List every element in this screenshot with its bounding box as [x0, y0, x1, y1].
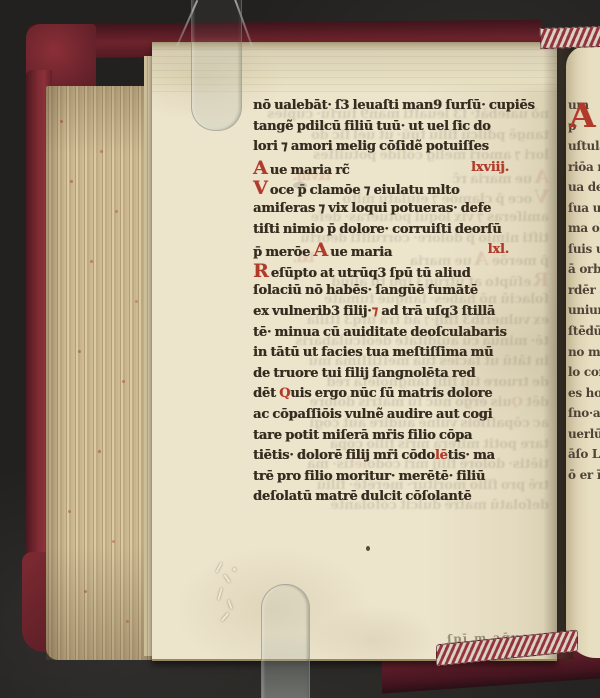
manuscript-line: tangẽ pdilcū filiū tuū· ut uel ſic do [253, 117, 549, 138]
rubric-segment: lē [435, 448, 448, 463]
text-segment: p̄ merōe [253, 245, 313, 260]
manuscript-line: Reſūpto at utrūq3 ſpū tū aliud [253, 261, 549, 282]
manuscript-line: ac cōpaſſiōis vulnẽ audire aut cogi [253, 405, 549, 426]
manuscript-line: p̄ merōe Aue marialxl. [253, 240, 549, 261]
text-segment: tē· minua cū auiditate deoſculabaris [253, 325, 507, 340]
facing-page-line-fragment: āſo L [568, 444, 600, 465]
text-segment: ad trā uſq3 ſtillā [378, 304, 495, 319]
text-segment: trē pro filio moritur· merētē· filiū [253, 469, 485, 484]
text-segment: amiſeras ⁊ vix loqui potueras· defe [253, 201, 491, 216]
text-segment: tare potit miſerā mr̄is filio cōpa [253, 428, 472, 443]
page-stack-fore-edge [46, 86, 156, 660]
text-block: nō ualebāt· ſ3 leuaſti man9 ſurſū· cupiē… [253, 96, 549, 512]
manuscript-line: tiētis· dolorē filij mr̄i cōdolētis· ma [253, 446, 549, 467]
facing-page-line-fragment: ſno·a [568, 403, 600, 424]
facing-page-text-fragments: umpuſtulariōa mua deſſua uema obſuis uiſ… [568, 95, 600, 485]
manuscript-line: de truore tui filij ſangnolēta red [253, 364, 549, 385]
facing-page-line-fragment: uniur [568, 300, 600, 321]
facing-page-line-fragment: rdēr ap [568, 280, 600, 301]
text-segment: ue maria [330, 245, 392, 260]
text-segment: tangẽ pdilcū filiū tuū· ut uel ſic do [253, 119, 491, 134]
facing-page-line-fragment: es hom [568, 383, 600, 404]
facing-page-line-fragment: riōa m [568, 157, 600, 178]
manuscript-line: dēt Quis ergo nūc ſū matris dolore [253, 384, 549, 405]
facing-page-line-fragment: lo corp [568, 362, 600, 383]
manuscript-line: in tātū ut facies tua meſtiſſima mū [253, 343, 549, 364]
ink-speck [366, 546, 370, 551]
manuscript-line: tiſti nimio p̄ dolore· corruiſti deorſū [253, 220, 549, 241]
rubric-initial: A [253, 157, 268, 179]
manuscript-photo: nō ualebāt· ſ3 leuaſti man9 ſurſū· cupiē… [0, 0, 600, 698]
facing-page-line-fragment: ma ob [568, 218, 600, 239]
rubric-initial: A [313, 239, 328, 261]
text-segment: ac cōpaſſiōis vulnẽ audire aut cogi [253, 407, 492, 422]
facing-page-line-fragment: ſtēdū ſe [568, 321, 600, 342]
text-segment: ex vulnerib3 filij· [253, 304, 372, 319]
rubric-initial: V [253, 177, 268, 199]
endband-top [540, 26, 600, 49]
conservation-clip-bottom [261, 584, 310, 698]
fore-edge-speckles [60, 120, 63, 123]
facing-page-line-fragment: no mōd [568, 342, 600, 363]
rubric-initial: R [253, 260, 269, 282]
facing-page-line-fragment: ua deſ [568, 177, 600, 198]
text-segment: tiētis· dolorē filij mr̄i cōdo [253, 448, 435, 463]
text-segment: tiſti nimio p̄ dolore· corruiſti deorſū [253, 222, 502, 237]
text-segment: eſūpto at utrūq3 ſpū tū aliud [271, 266, 471, 281]
text-segment: lori ⁊ amori melig cōſidẽ potuiſſes [253, 139, 489, 154]
text-segment: nō ualebāt· ſ3 leuaſti man9 ſurſū· cupiē… [253, 98, 535, 113]
chapter-number: lxl. [488, 240, 509, 261]
conservation-clip-top [191, 0, 242, 131]
facing-page-line-fragment: ſua ue [568, 198, 600, 219]
text-segment: deſolatū matrē dulcit cōſolantē [253, 489, 471, 504]
text-segment: tis· ma [448, 448, 495, 463]
manuscript-line: nō ualebāt· ſ3 leuaſti man9 ſurſū· cupiē… [253, 96, 549, 117]
manuscript-line: deſolatū matrē dulcit cōſolantē [253, 487, 549, 508]
manuscript-line: trē pro filio moritur· merētē· filiū [253, 467, 549, 488]
manuscript-line: ex vulnerib3 filij·⁊ ad trā uſq3 ſtillā [253, 302, 549, 323]
facing-page-line-fragment: ſuis uiſ [568, 239, 600, 260]
chapter-number: lxviij. [471, 158, 509, 179]
facing-page-line-fragment: uſtula [568, 136, 600, 157]
manuscript-line: ſolaciū nō habēs· ſangūē fumātē [253, 281, 549, 302]
smudge [293, 182, 307, 189]
manuscript-line: Aue maria rc̃lxviij. [253, 158, 549, 179]
text-segment: ſolaciū nō habēs· ſangūē fumātē [253, 283, 478, 298]
manuscript-line: tē· minua cū auiditate deoſculabaris [253, 323, 549, 344]
facing-page-rubric-initial: A [569, 96, 595, 136]
facing-page-line-fragment: ā orbab [568, 259, 600, 280]
facing-page-line-fragment: uerlū [568, 424, 600, 445]
text-segment: ue maria rc̃ [270, 163, 350, 178]
manuscript-line: lori ⁊ amori melig cōſidẽ potuiſſes [253, 137, 549, 158]
facing-page-line-fragment: ō er ī [568, 465, 600, 486]
manuscript-line: tare potit miſerā mr̄is filio cōpa [253, 426, 549, 447]
text-segment: dēt [253, 386, 279, 401]
text-segment: uis ergo nūc ſū matris dolore [290, 386, 492, 401]
rubric-segment: Q [279, 386, 290, 401]
text-segment: de truore tui filij ſangnolēta red [253, 366, 475, 381]
text-segment: in tātū ut facies tua meſtiſſima mū [253, 345, 493, 360]
manuscript-line: amiſeras ⁊ vix loqui potueras· defe [253, 199, 549, 220]
